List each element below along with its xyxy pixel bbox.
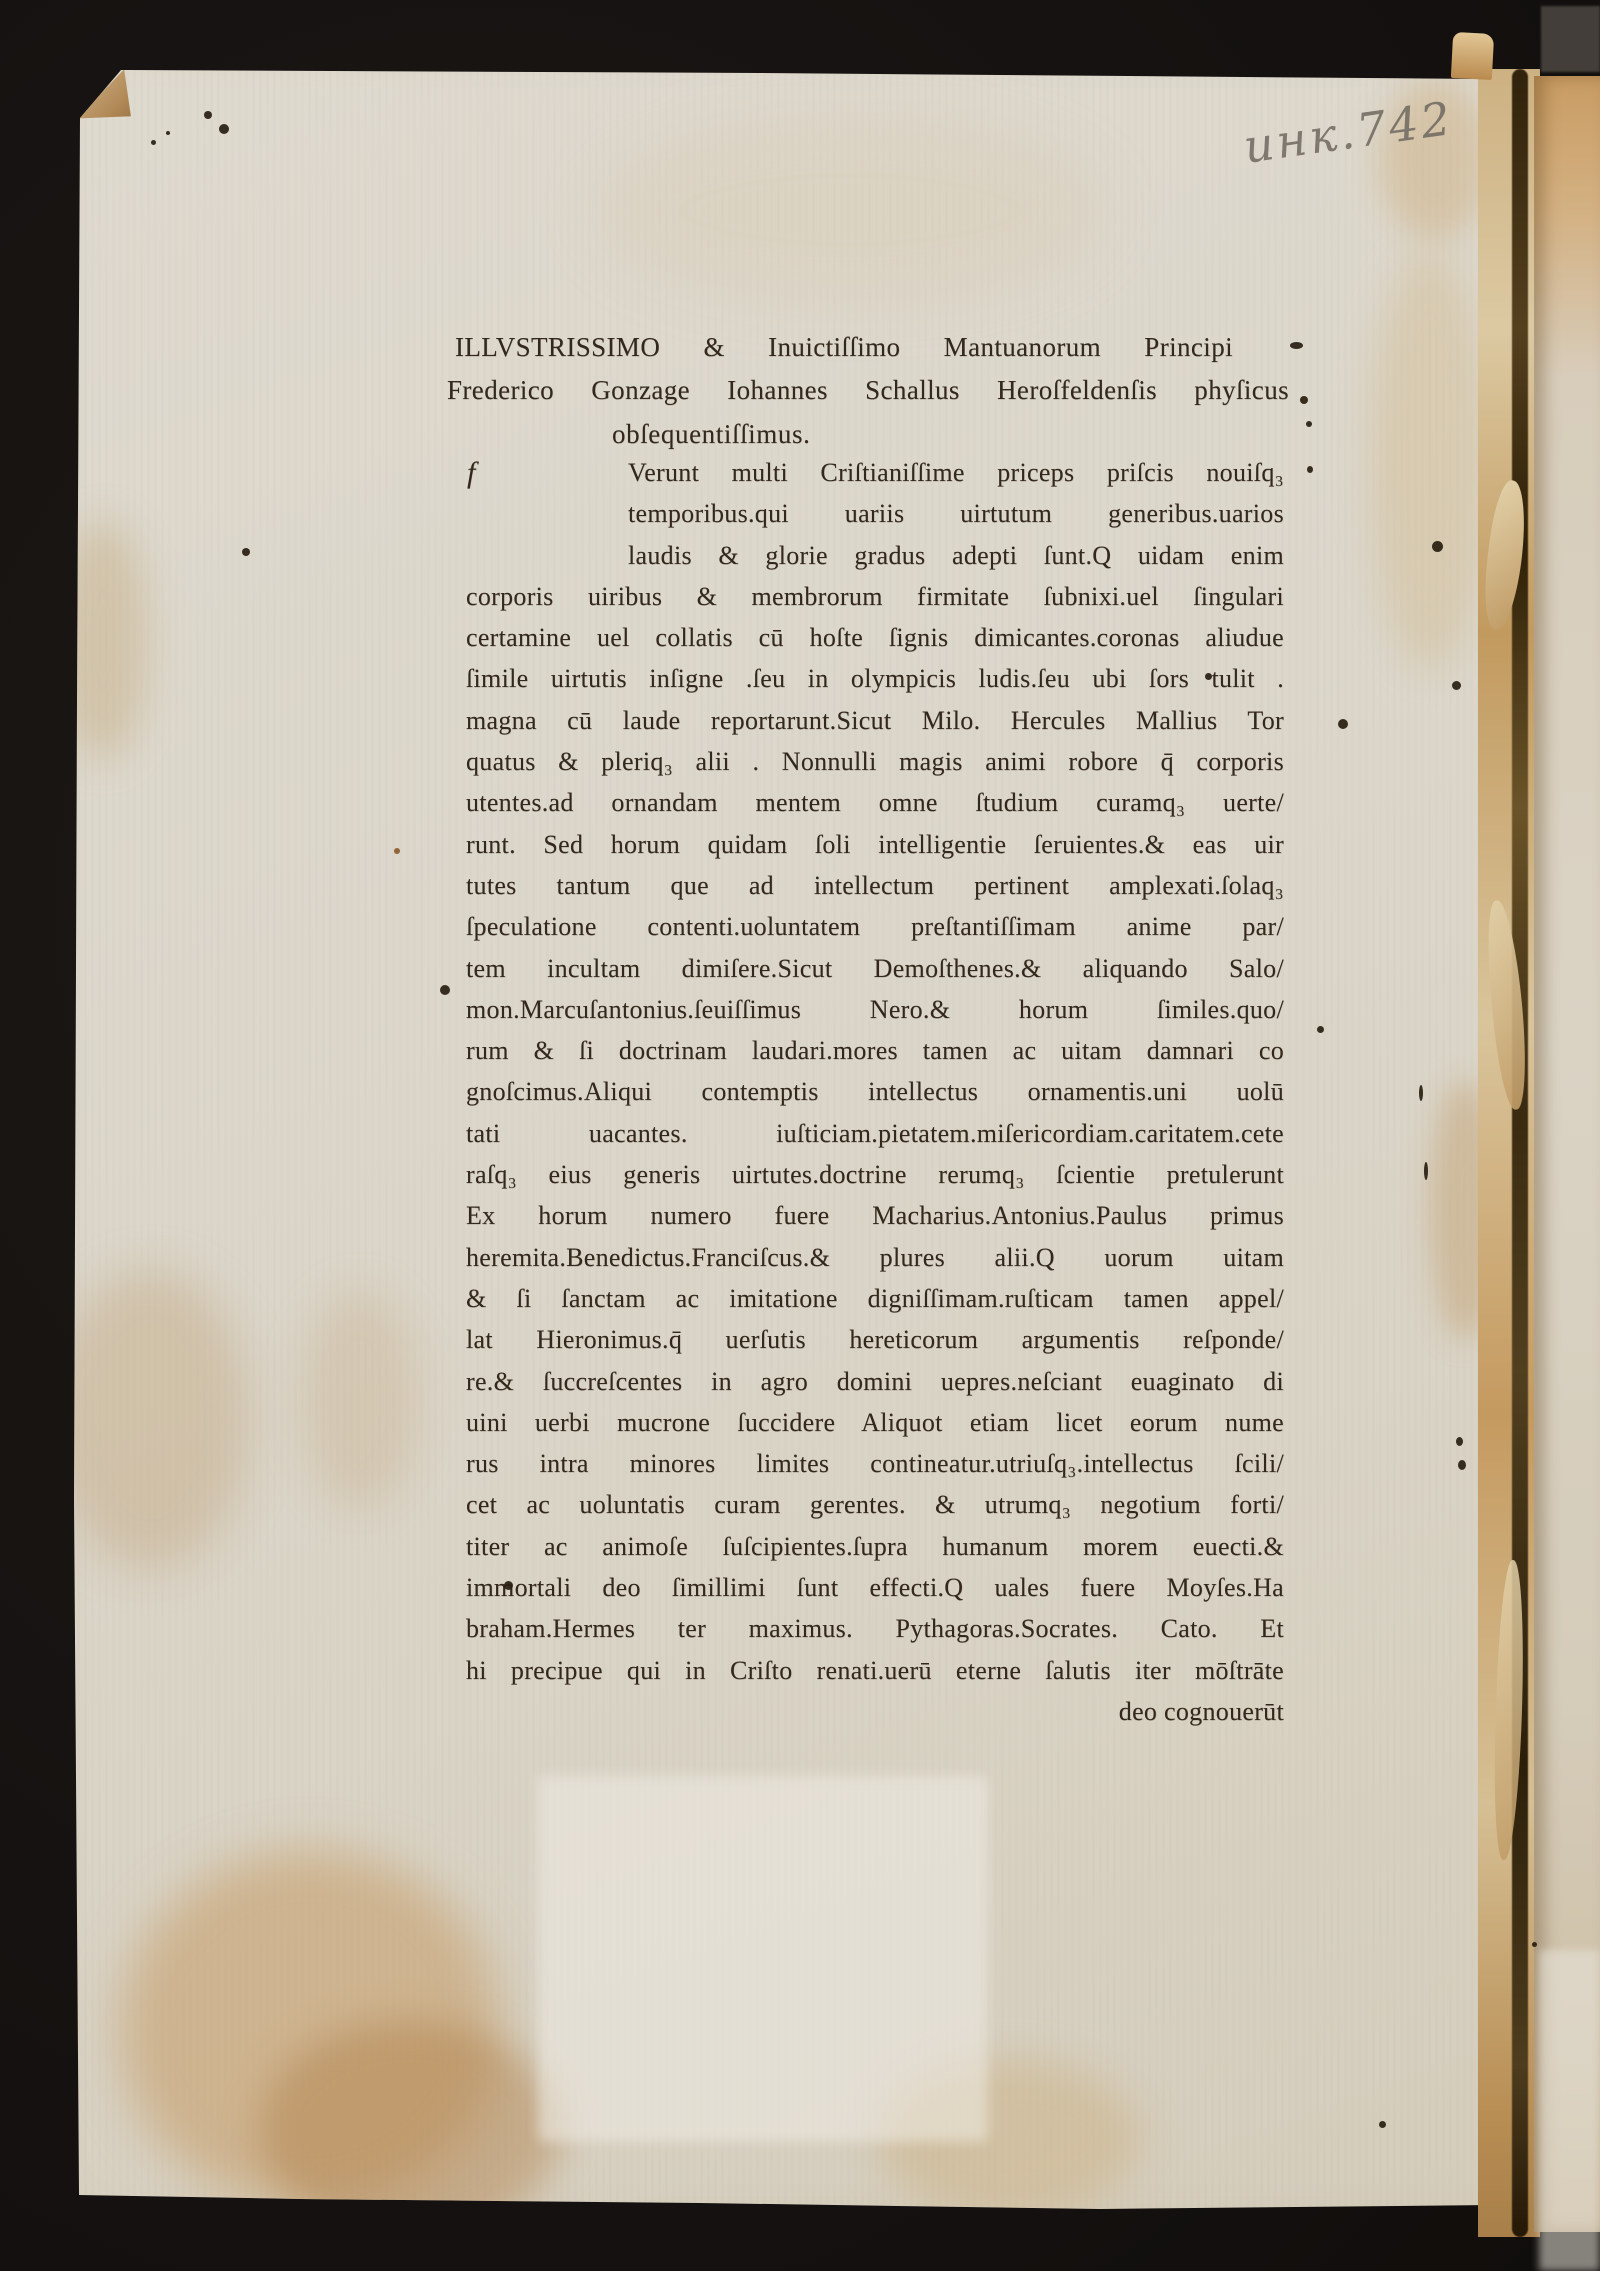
body-text-line: magna cū laude reportarunt.Sicut Milo. H… bbox=[466, 700, 1284, 741]
body-text-line: tati uacantes. iuſticiam.pietatem.miſeri… bbox=[466, 1113, 1284, 1154]
body-text-line: uini uerbi mucrone ſuccidere Aliquot eti… bbox=[466, 1402, 1284, 1443]
body-text-line: immortali deo ſimillimi ſunt effecti.Q u… bbox=[466, 1567, 1284, 1608]
facing-page-edge bbox=[1534, 76, 1600, 2232]
dedication-body: Verunt multi Criſtianiſſime priceps priſ… bbox=[466, 452, 1284, 1691]
body-text-line: heremita.Benedictus.Franciſcus.& plures … bbox=[466, 1237, 1284, 1278]
stain bbox=[260, 2020, 560, 2240]
body-text-line: runt. Sed horum quidam ſoli intelligenti… bbox=[466, 824, 1284, 865]
body-text-line: braham.Hermes ter maximus. Pythagoras.So… bbox=[466, 1608, 1284, 1649]
folded-corner bbox=[76, 67, 132, 123]
dedication-title-line-2: Frederico Gonzage Iohannes Schallus Hero… bbox=[447, 370, 1289, 410]
body-text-line: corporis uiribus & membrorum firmitate ſ… bbox=[466, 576, 1284, 617]
body-text-line: hi precipue qui in Criſto renati.uerū et… bbox=[466, 1650, 1284, 1691]
body-text-line: tem incultam dimiſere.Sicut Demoſthenes.… bbox=[466, 948, 1284, 989]
body-text-line: cet ac uoluntatis curam gerentes. & utru… bbox=[466, 1484, 1284, 1525]
body-text-line: & ſi ſanctam ac imitatione digniſſimam.r… bbox=[466, 1278, 1284, 1319]
binding-gutter bbox=[1478, 69, 1540, 2237]
stain bbox=[58, 520, 148, 760]
body-text-line: temporibus.qui uariis uirtutum generibus… bbox=[466, 493, 1284, 534]
body-text-line: utentes.ad ornandam mentem omne ſtudium … bbox=[466, 782, 1284, 823]
dedication-title-line-1: ILLVSTRISSIMO & Inuictiſſimo Mantuanorum… bbox=[455, 327, 1233, 367]
stain bbox=[120, 1850, 500, 2210]
handwritten-shelfmark: инк.742 bbox=[1240, 88, 1475, 173]
body-text-line: raſq₃ eius generis uirtutes.doctrine rer… bbox=[466, 1154, 1284, 1195]
body-text-line: titer ac animoſe ſuſcipientes.ſupra huma… bbox=[466, 1526, 1284, 1567]
body-text-line: rum & ſi doctrinam laudari.mores tamen a… bbox=[466, 1030, 1284, 1071]
body-text-line: quatus & pleriq₃ alii . Nonnulli magis a… bbox=[466, 741, 1284, 782]
body-text-line: lat Hieronimus.q̄ uerſutis hereticorum a… bbox=[466, 1319, 1284, 1360]
stain bbox=[600, 120, 1100, 300]
paper-repair-patch bbox=[538, 1776, 988, 2142]
binding-shadow-corner bbox=[1541, 6, 1600, 72]
stain bbox=[300, 1290, 420, 1510]
torn-paper-tab bbox=[1451, 32, 1494, 80]
body-text-line: certamine uel collatis cū hoſte ſignis d… bbox=[466, 617, 1284, 658]
body-text-line: mon.Marcuſantonius.ſeuiſſimus Nero.& hor… bbox=[466, 989, 1284, 1030]
body-text-line: laudis & glorie gradus adepti ſunt.Q uid… bbox=[466, 535, 1284, 576]
body-text-line: re.& ſuccreſcentes in agro domini uepres… bbox=[466, 1361, 1284, 1402]
body-text-line: ſpeculatione contenti.uoluntatem preſtan… bbox=[466, 906, 1284, 947]
book-page: ILLVSTRISSIMO & Inuictiſſimo Mantuanorum… bbox=[0, 0, 1600, 2271]
body-text-line: Verunt multi Criſtianiſſime priceps priſ… bbox=[466, 452, 1284, 493]
facing-page-light-patch bbox=[1539, 1950, 1600, 2271]
body-text-line: tutes tantum que ad intellectum pertinen… bbox=[466, 865, 1284, 906]
dedication-title-line-3: obſequentiſſimus. bbox=[612, 414, 810, 454]
stain bbox=[1370, 250, 1490, 670]
body-text-line: gnoſcimus.Aliqui contemptis intellectus … bbox=[466, 1071, 1284, 1112]
body-text-line: ſimile uirtutis inſigne .ſeu in olympici… bbox=[466, 658, 1284, 699]
body-text-line: Ex horum numero fuere Macharius.Antonius… bbox=[466, 1195, 1284, 1236]
stain bbox=[50, 1270, 250, 1570]
dedication-closing-line: deo cognouerūt bbox=[466, 1691, 1284, 1732]
body-text-line: rus intra minores limites contineatur.ut… bbox=[466, 1443, 1284, 1484]
gutter-crack bbox=[1512, 69, 1528, 2237]
photo-frame: ILLVSTRISSIMO & Inuictiſſimo Mantuanorum… bbox=[0, 0, 1600, 2271]
